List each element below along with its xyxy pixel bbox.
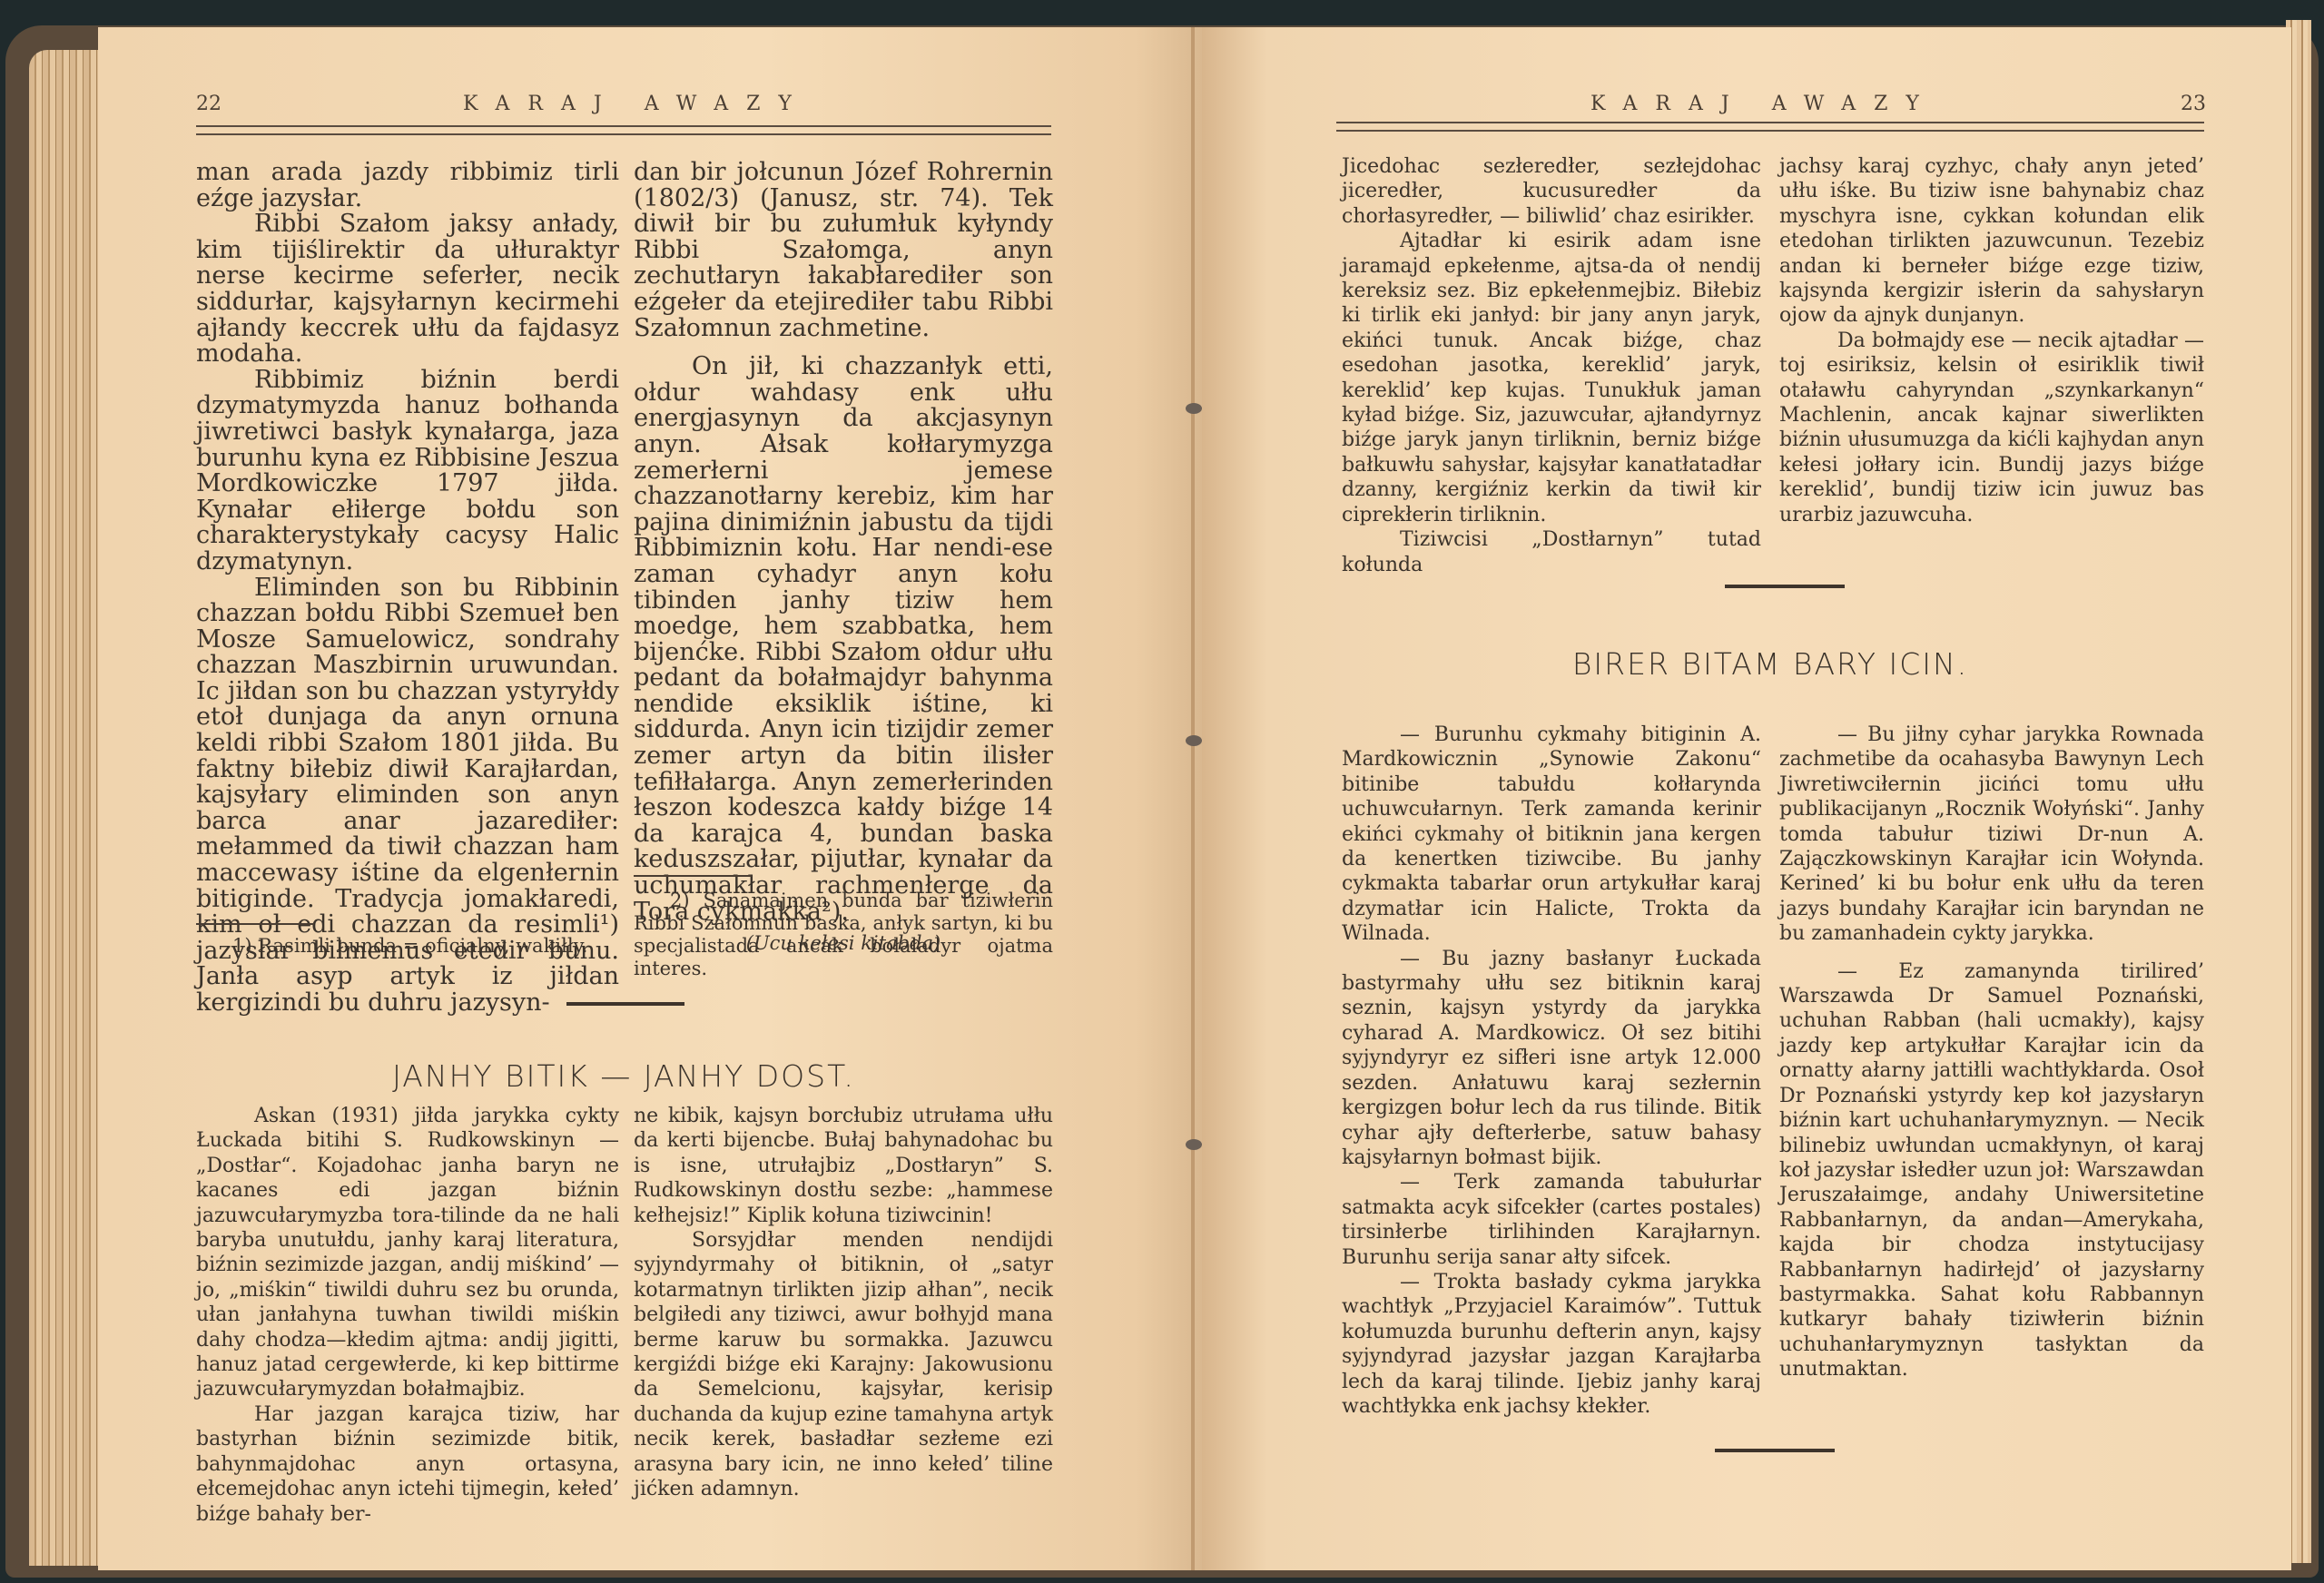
news-item: — Bu jazny basłanyr Łuckada bastyrmahy u… xyxy=(1342,947,1761,1171)
left-col2: dan bir jołcunun Józef Rohrernin (1802/3… xyxy=(634,160,1053,957)
section-separator xyxy=(1725,585,1845,588)
footnote-2: 2) Sanamajmen bunda bar tiziwłerin Ribbi… xyxy=(634,890,1053,980)
footnote-rule xyxy=(196,923,314,925)
footnote-rule xyxy=(634,875,752,877)
paragraph: ne kibik, kajsyn borcłubiz utrułama ułłu… xyxy=(634,1104,1053,1228)
section-separator xyxy=(566,1002,684,1006)
article-col1: Askan (1931) jiłda jarykka cykty Łuckada… xyxy=(196,1104,619,1527)
paragraph: Ribbimiz biźnin berdi dzymatymyzda hanuz… xyxy=(196,368,619,575)
news-item: — Bu jiłny cyhar jarykka Rownada zachmet… xyxy=(1779,723,2204,947)
left-col1: man arada jazdy ribbimiz tirli eźge jazy… xyxy=(196,160,619,1017)
section-separator xyxy=(1715,1449,1835,1452)
binding-stitch xyxy=(1186,403,1202,414)
page-number-right: 23 xyxy=(2181,93,2206,115)
running-head-right: KARAJ AWAZY xyxy=(1590,93,1937,115)
binding-stitch xyxy=(1186,735,1202,746)
paragraph: On jił, ki chazzanłyk etti, ołdur wahdas… xyxy=(634,354,1053,925)
news-col2: — Bu jiłny cyhar jarykka Rownada zachmet… xyxy=(1779,723,2204,1382)
paragraph: Jicedohac sezłeredłer, sezłejdohac jicer… xyxy=(1342,154,1761,229)
news-item: — Ez zamanynda tirilired’ Warszawda Dr S… xyxy=(1779,959,2204,1382)
article-col2: ne kibik, kajsyn borcłubiz utrułama ułłu… xyxy=(634,1104,1053,1502)
page-number-left: 22 xyxy=(196,93,222,115)
paragraph: Sorsyjdłar menden nendijdi syjyndyrmahy … xyxy=(634,1228,1053,1501)
paragraph: Tiziwcisi „Dostłarnyn” tutad kołunda xyxy=(1342,527,1761,577)
running-head-left: KARAJ AWAZY xyxy=(463,93,810,115)
header-rule-left xyxy=(196,125,1051,135)
footnote-1: 1) Rasimli bunda = oficjalny, wakiłły. xyxy=(196,935,619,958)
paragraph: man arada jazdy ribbimiz tirli eźge jazy… xyxy=(196,160,619,211)
news-item: — Burunhu cykmahy bitiginin A. Mardkowic… xyxy=(1342,723,1761,947)
news-item: — Trokta basłady cykma jarykka wachtłyk … xyxy=(1342,1270,1761,1419)
paragraph: Har jazgan karajca tiziw, har bastyrhan … xyxy=(196,1402,619,1527)
paragraph: Ajtadłar ki esirik adam isne jaramajd ep… xyxy=(1342,229,1761,527)
binding-stitch xyxy=(1186,1139,1202,1150)
right-col1: Jicedohac sezłeredłer, sezłejdohac jicer… xyxy=(1342,154,1761,577)
article-title: JANHY BITIK — JANHY DOST. xyxy=(196,1058,1051,1094)
header-rule-right xyxy=(1336,122,2204,132)
news-item: — Terk zamanda tabułurłar satmakta acyk … xyxy=(1342,1170,1761,1270)
paragraph: Ribbi Szałom jaksy anłady, kim tijiślire… xyxy=(196,211,619,368)
page-edges-left xyxy=(29,50,102,1566)
article-title: BIRER BITAM BARY ICIN. xyxy=(1336,646,2204,682)
paragraph: Askan (1931) jiłda jarykka cykty Łuckada… xyxy=(196,1104,619,1402)
book-gutter xyxy=(1191,27,1195,1570)
news-col1: — Burunhu cykmahy bitiginin A. Mardkowic… xyxy=(1342,723,1761,1419)
paragraph: Da bołmajdy ese — necik ajtadłar — toj e… xyxy=(1779,329,2204,527)
right-col2: jachsy karaj cyzhyc, chały anyn jeted’ u… xyxy=(1779,154,2204,527)
paragraph: jachsy karaj cyzhyc, chały anyn jeted’ u… xyxy=(1779,154,2204,329)
paragraph: dan bir jołcunun Józef Rohrernin (1802/3… xyxy=(634,160,1053,341)
